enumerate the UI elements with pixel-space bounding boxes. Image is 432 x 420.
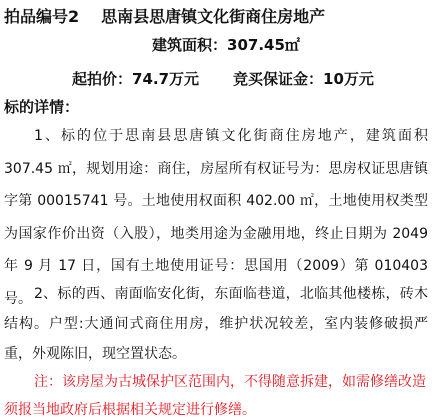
- lot-number: 2: [68, 7, 79, 26]
- deposit-value: 10万元: [323, 70, 374, 88]
- property-name: 思南县思唐镇文化街商住房地产: [101, 7, 325, 26]
- deposit-label: 竞买保证金：: [233, 70, 323, 88]
- area-value: 307.45㎡: [227, 36, 300, 54]
- start-price-value: 74.7万元: [132, 70, 199, 88]
- start-price-label: 起拍价：: [72, 70, 132, 88]
- area-label: 建筑面积：: [152, 36, 227, 54]
- lot-label: 拍品编号: [4, 7, 68, 26]
- preservation-note: 注：该房屋为古城保护区范围内，不得随意拆建，如需修缮改造须报当地政府后根据相关规…: [4, 368, 428, 420]
- details-title: 标的详情：: [4, 96, 79, 117]
- pricing-row: 起拍价：74.7万元竞买保证金：10万元: [72, 68, 374, 89]
- building-area: 建筑面积：307.45㎡: [152, 34, 300, 55]
- detail-paragraph-2: 2、标的西、南面临安化街，东面临巷道，北临其他楼栋，砖木结构。户型:大通间式商住…: [4, 279, 428, 369]
- lot-heading: 拍品编号2思南县思唐镇文化街商住房地产: [4, 4, 325, 27]
